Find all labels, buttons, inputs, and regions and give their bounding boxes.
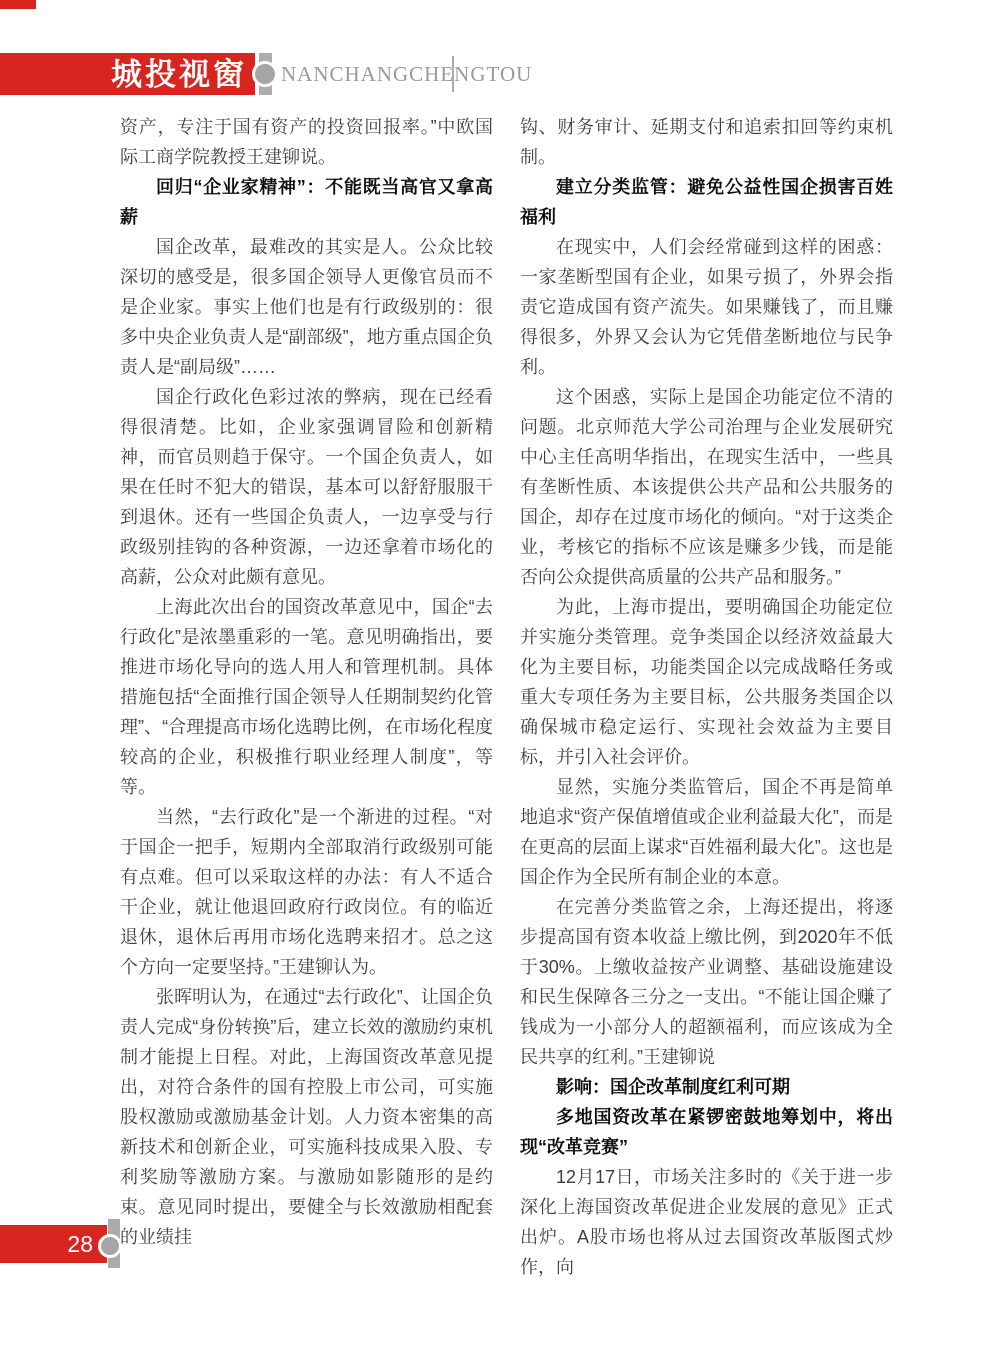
page-number: 28: [67, 1225, 93, 1263]
paragraph: 12月17日，市场关注多时的《关于进一步深化上海国资改革促进企业发展的意见》正式…: [520, 1162, 893, 1282]
circle-node-icon: [98, 1234, 122, 1258]
section-heading: 影响：国企改革制度红利可期: [520, 1072, 893, 1102]
circle-node-icon: [252, 61, 278, 87]
section-heading: 回归“企业家精神”：不能既当高官又拿高薪: [120, 172, 493, 232]
paragraph: 当然，“去行政化”是一个渐进的过程。“对于国企一把手，短期内全部取消行政级别可能…: [120, 802, 493, 982]
left-column: 资产，专注于国有资产的投资回报率。”中欧国际工商学院教授王建铆说。 回归“企业家…: [120, 112, 493, 1252]
section-heading: 多地国资改革在紧锣密鼓地筹划中，将出现“改革竞赛”: [520, 1102, 893, 1162]
paragraph: 国企行政化色彩过浓的弊病，现在已经看得很清楚。比如，企业家强调冒险和创新精神，而…: [120, 382, 493, 592]
right-column: 钩、财务审计、延期支付和追索扣回等约束机制。 建立分类监管：避免公益性国企损害百…: [520, 112, 893, 1282]
magazine-page: 城投视窗 NANCHANGCHENGTOU 资产，专注于国有资产的投资回报率。”…: [0, 0, 1000, 1366]
paragraph: 资产，专注于国有资产的投资回报率。”中欧国际工商学院教授王建铆说。: [120, 112, 493, 172]
paragraph: 钩、财务审计、延期支付和追索扣回等约束机制。: [520, 112, 893, 172]
section-heading: 建立分类监管：避免公益性国企损害百姓福利: [520, 172, 893, 232]
corner-mark: [0, 0, 36, 9]
paragraph: 上海此次出台的国资改革意见中，国企“去行政化”是浓墨重彩的一笔。意见明确指出，要…: [120, 592, 493, 802]
page-title: 城投视窗: [111, 53, 247, 95]
paragraph: 国企改革，最难改的其实是人。公众比较深切的感受是，很多国企领导人更像官员而不是企…: [120, 232, 493, 382]
footer-banner: 28: [0, 1225, 107, 1263]
paragraph: 显然，实施分类监管后，国企不再是简单地追求“资产保值增值或企业利益最大化”，而是…: [520, 772, 893, 892]
paragraph: 为此，上海市提出，要明确国企功能定位并实施分类管理。竞争类国企以经济效益最大化为…: [520, 592, 893, 772]
header-english-title: NANCHANGCHENGTOU: [281, 62, 532, 86]
paragraph: 在现实中，人们会经常碰到这样的困惑：一家垄断型国有企业，如果亏损了，外界会指责它…: [520, 232, 893, 382]
paragraph: 张晖明认为，在通过“去行政化”、让国企负责人完成“身份转换”后，建立长效的激励约…: [120, 982, 493, 1252]
paragraph: 这个困惑，实际上是国企功能定位不清的问题。北京师范大学公司治理与企业发展研究中心…: [520, 382, 893, 592]
paragraph: 在完善分类监管之余，上海还提出，将逐步提高国有资本收益上缴比例，到2020年不低…: [520, 892, 893, 1072]
header-end-line: [452, 56, 454, 92]
header-banner: 城投视窗: [0, 53, 255, 95]
